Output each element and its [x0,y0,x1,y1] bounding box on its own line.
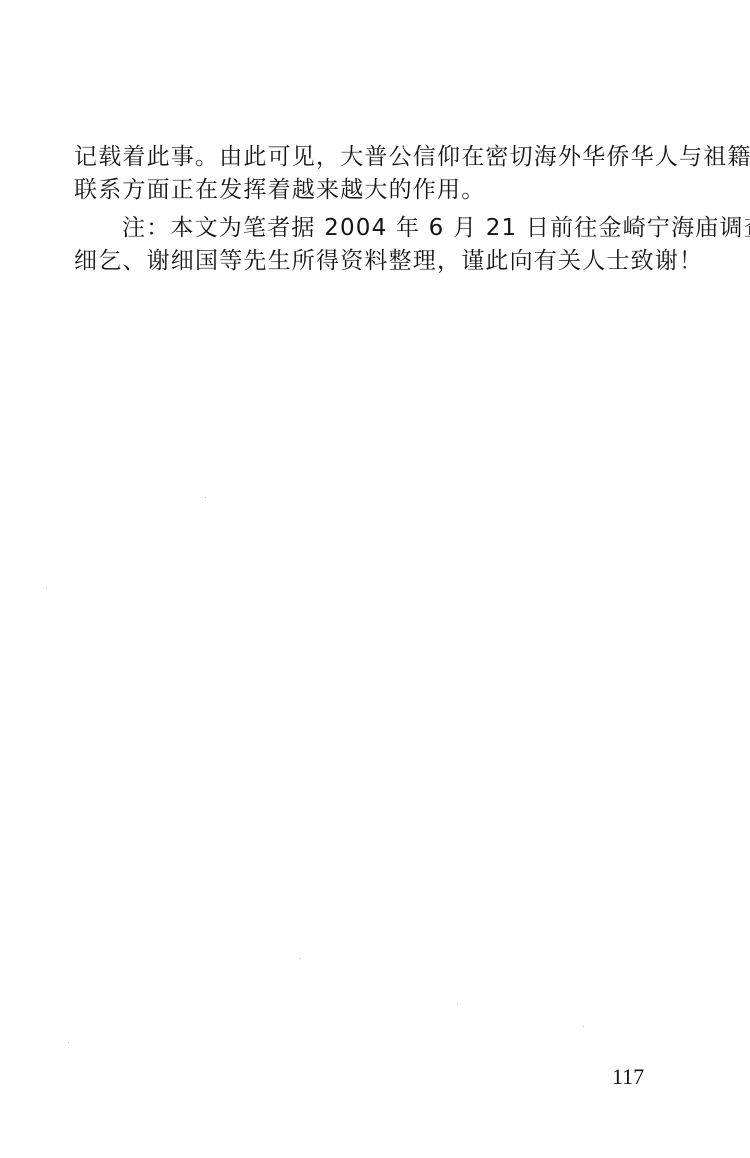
note-text-line: 注：本文为笔者据 2004 年 6 月 21 日前往金崎宁海庙调查谢 [122,213,750,243]
note-text-line: 细乞、谢细国等先生所得资料整理，谨此向有关人士致谢！ [74,246,703,276]
scan-speck [46,587,47,588]
scan-speck [68,1042,69,1043]
scan-speck [583,1026,584,1027]
scan-speck [205,497,206,498]
page-number: 117 [612,1064,644,1090]
body-text-line: 记载着此事。由此可见，大普公信仰在密切海外华侨华人与祖籍国 [74,142,750,172]
scan-speck [457,1003,458,1004]
document-page: 记载着此事。由此可见，大普公信仰在密切海外华侨华人与祖籍国 联系方面正在发挥着越… [0,0,750,1158]
scan-speck [300,958,301,959]
body-text-line: 联系方面正在发挥着越来越大的作用。 [74,175,485,205]
